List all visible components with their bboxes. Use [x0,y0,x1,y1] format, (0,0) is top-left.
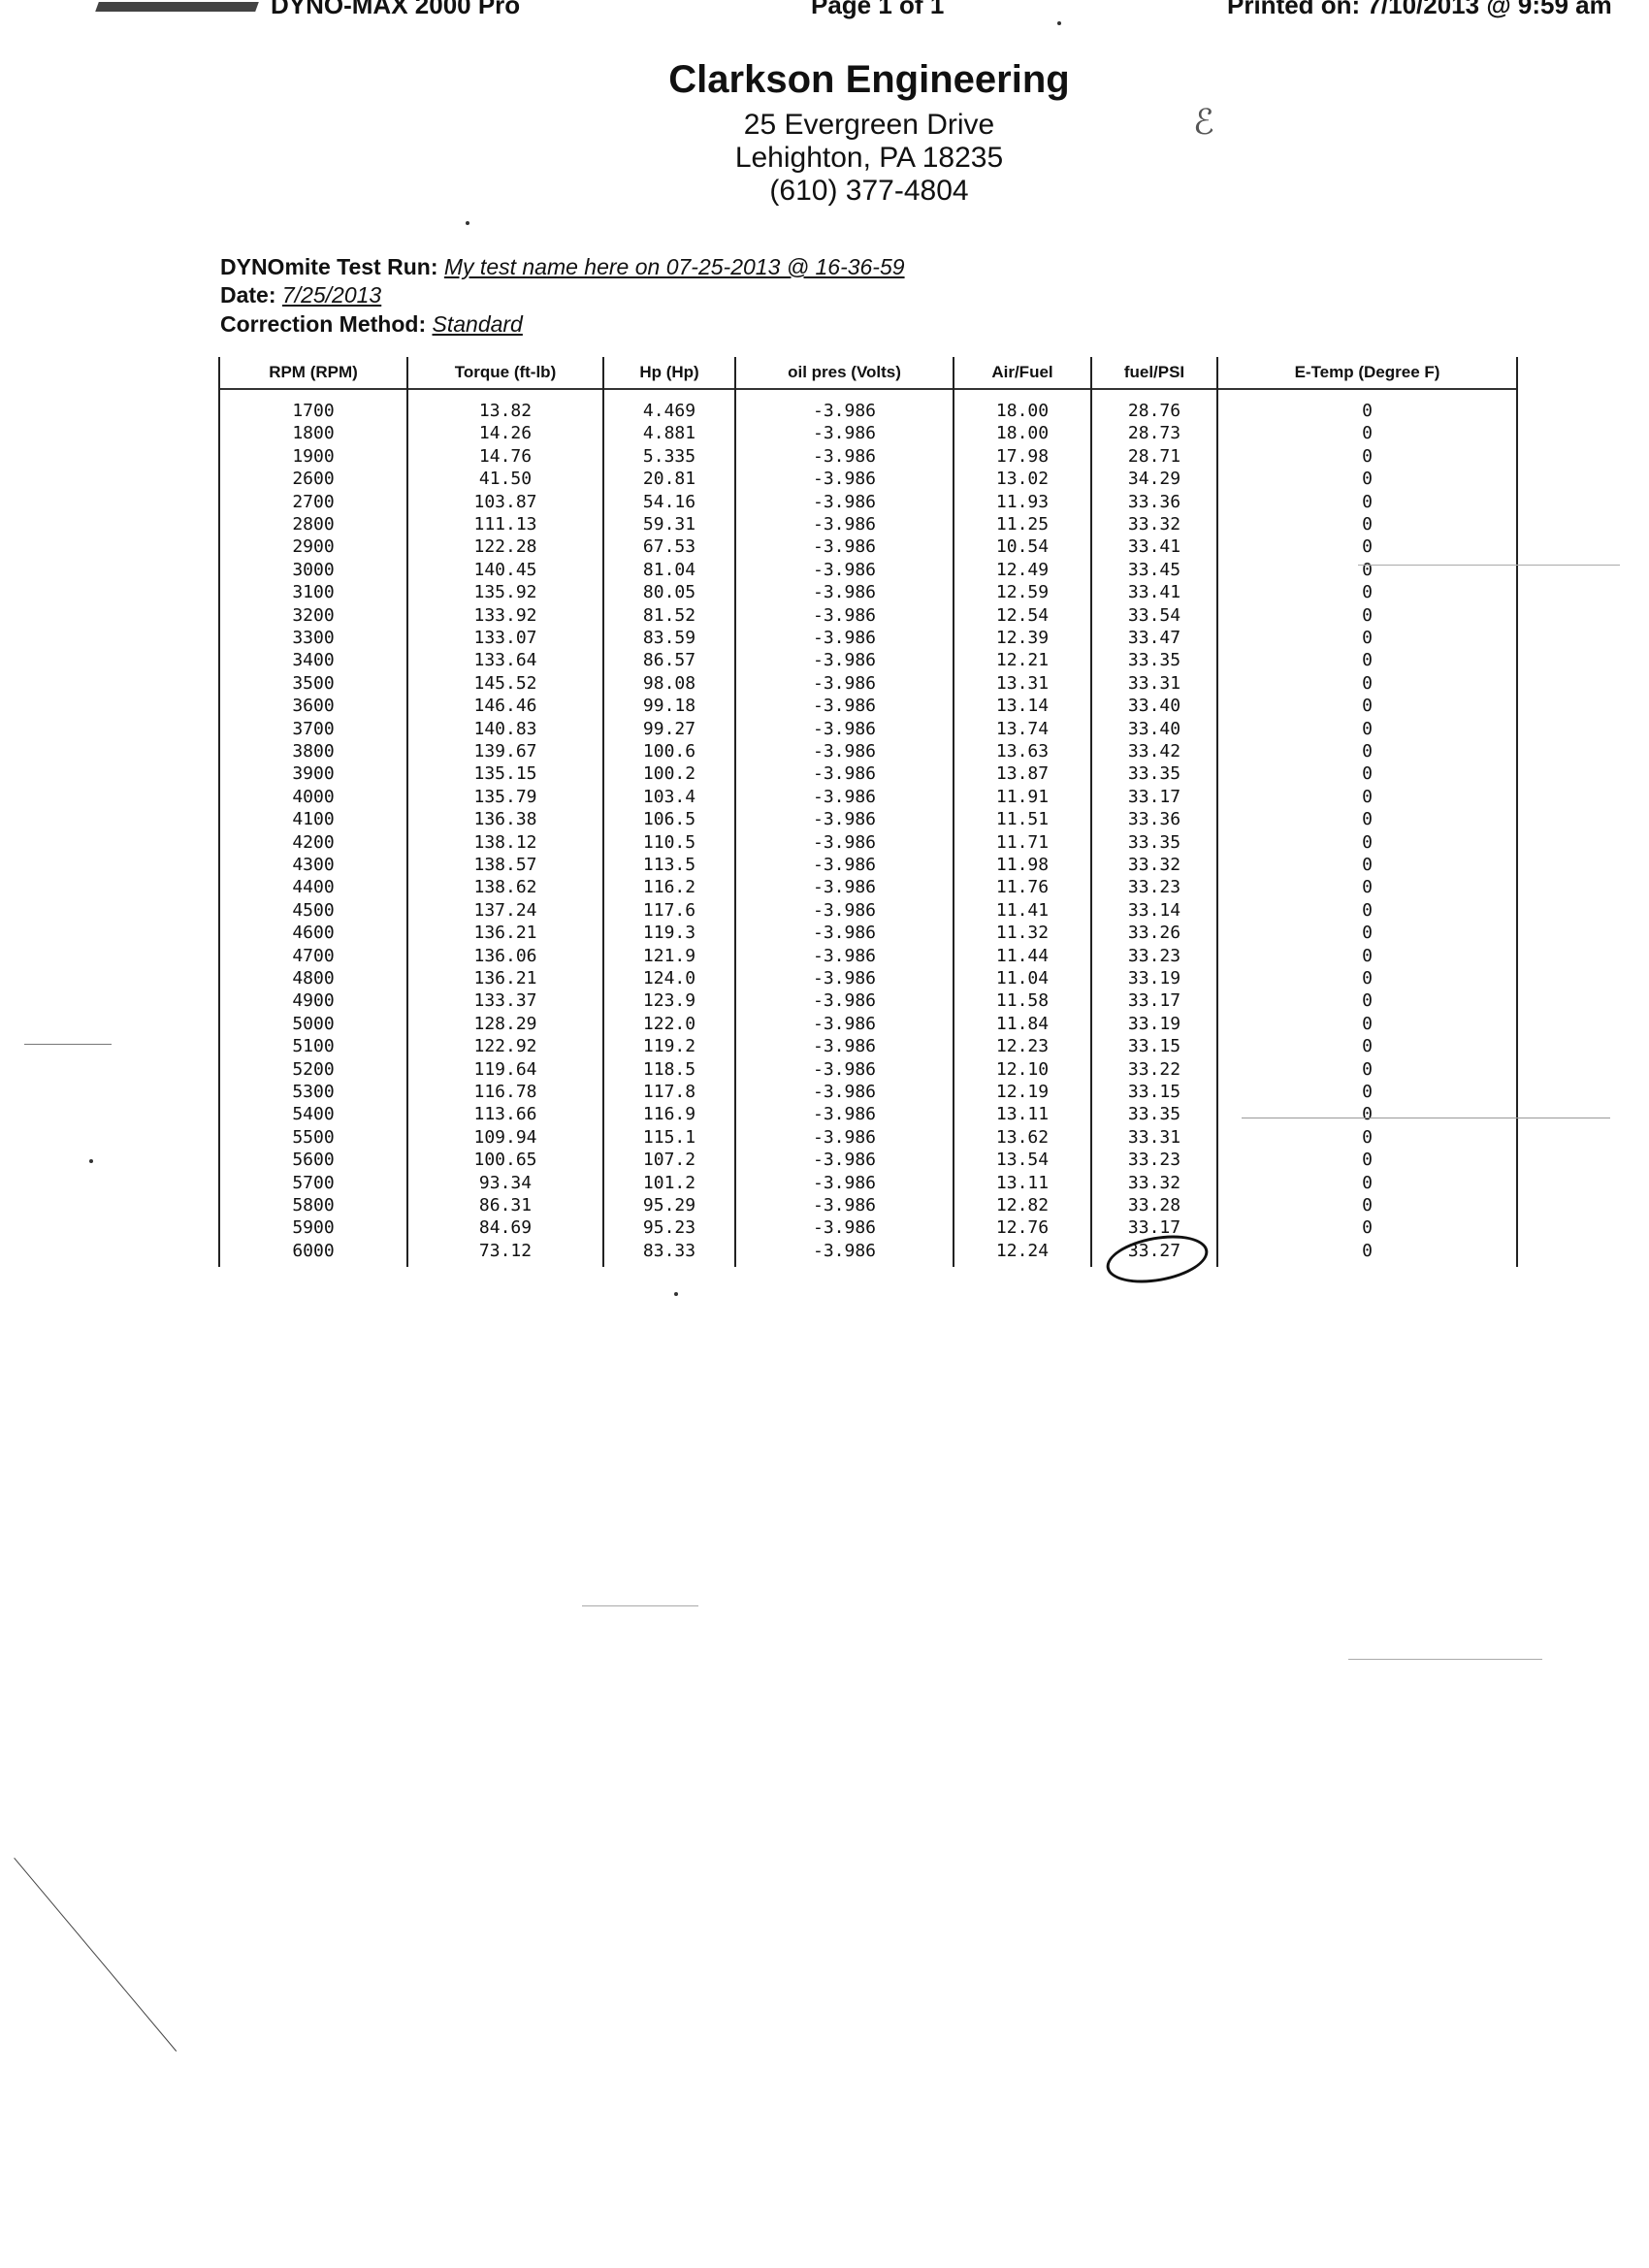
cell-oil-pres: -3.986 [735,1194,954,1216]
cell-oil-pres: -3.986 [735,1216,954,1239]
cell-fuel-psi: 33.40 [1091,695,1217,717]
cell-rpm: 6000 [219,1240,407,1262]
table-row: 4900133.37123.9-3.98611.5833.170 [219,989,1517,1012]
cell-oil-pres: -3.986 [735,762,954,785]
cell-e-temp: 0 [1217,786,1517,808]
cell-rpm: 5200 [219,1058,407,1081]
cell-hp: 123.9 [603,989,735,1012]
cell-oil-pres: -3.986 [735,922,954,944]
table-row: 190014.765.335-3.98617.9828.710 [219,445,1517,468]
cell-rpm: 5500 [219,1126,407,1149]
cell-rpm: 3700 [219,718,407,740]
cell-fuel-psi: 33.22 [1091,1058,1217,1081]
cell-e-temp: 0 [1217,627,1517,649]
cell-hp: 83.33 [603,1240,735,1262]
cell-rpm: 5300 [219,1081,407,1103]
cell-oil-pres: -3.986 [735,899,954,922]
cell-e-temp: 0 [1217,559,1517,581]
table-row: 5600100.65107.2-3.98613.5433.230 [219,1149,1517,1171]
cell-hp: 117.6 [603,899,735,922]
cell-air-fuel: 17.98 [954,445,1091,468]
cell-fuel-psi: 33.42 [1091,740,1217,762]
cell-air-fuel: 10.54 [954,535,1091,558]
cell-torque: 119.64 [407,1058,603,1081]
cell-rpm: 3000 [219,559,407,581]
table-row: 260041.5020.81-3.98613.0234.290 [219,468,1517,490]
cell-oil-pres: -3.986 [735,1035,954,1057]
cell-air-fuel: 12.10 [954,1058,1091,1081]
printed-date: Printed on: 7/10/2013 @ 9:59 am [1227,0,1612,20]
cell-hp: 54.16 [603,491,735,513]
cell-hp: 83.59 [603,627,735,649]
software-name: DYNO-MAX 2000 Pro [97,0,520,20]
cell-oil-pres: -3.986 [735,445,954,468]
test-run-value: My test name here on 07-25-2013 @ 16-36-… [444,254,905,279]
cell-torque: 133.92 [407,604,603,627]
cell-fuel-psi: 34.29 [1091,468,1217,490]
cell-e-temp: 0 [1217,899,1517,922]
cell-e-temp: 0 [1217,1194,1517,1216]
table-row: 3000140.4581.04-3.98612.4933.450 [219,559,1517,581]
table-row: 4100136.38106.5-3.98611.5133.360 [219,808,1517,830]
cell-oil-pres: -3.986 [735,1240,954,1262]
cell-e-temp: 0 [1217,672,1517,695]
cell-air-fuel: 11.51 [954,808,1091,830]
cell-air-fuel: 13.63 [954,740,1091,762]
cell-rpm: 4900 [219,989,407,1012]
date-label: Date: [220,282,276,308]
cell-fuel-psi: 33.19 [1091,967,1217,989]
cell-hp: 118.5 [603,1058,735,1081]
cell-hp: 81.52 [603,604,735,627]
cell-rpm: 1900 [219,445,407,468]
cell-fuel-psi: 33.36 [1091,808,1217,830]
table-row: 180014.264.881-3.98618.0028.730 [219,422,1517,444]
cell-air-fuel: 11.76 [954,876,1091,898]
cell-air-fuel: 12.24 [954,1240,1091,1262]
cell-torque: 84.69 [407,1216,603,1239]
cell-rpm: 5000 [219,1013,407,1035]
cell-air-fuel: 11.84 [954,1013,1091,1035]
cell-torque: 122.28 [407,535,603,558]
cell-rpm: 2700 [219,491,407,513]
cell-hp: 116.2 [603,876,735,898]
cell-hp: 86.57 [603,649,735,671]
print-header: DYNO-MAX 2000 Pro Page 1 of 1 Printed on… [0,0,1649,19]
scan-mark: ℰ [1193,102,1214,143]
cell-rpm: 1800 [219,422,407,444]
cell-fuel-psi: 33.35 [1091,649,1217,671]
cell-hp: 100.6 [603,740,735,762]
cell-rpm: 4500 [219,899,407,922]
cell-e-temp: 0 [1217,922,1517,944]
cell-torque: 14.26 [407,422,603,444]
cell-e-temp: 0 [1217,967,1517,989]
cell-rpm: 3100 [219,581,407,603]
cell-air-fuel: 13.74 [954,718,1091,740]
cell-rpm: 5800 [219,1194,407,1216]
cell-hp: 122.0 [603,1013,735,1035]
cell-rpm: 5600 [219,1149,407,1171]
cell-e-temp: 0 [1217,695,1517,717]
cell-torque: 138.57 [407,854,603,876]
cell-e-temp: 0 [1217,649,1517,671]
column-header-air-fuel: Air/Fuel [954,363,1091,382]
cell-fuel-psi: 33.31 [1091,672,1217,695]
cell-hp: 95.29 [603,1194,735,1216]
cell-torque: 100.65 [407,1149,603,1171]
cell-torque: 14.76 [407,445,603,468]
cell-hp: 119.2 [603,1035,735,1057]
table-row: 4500137.24117.6-3.98611.4133.140 [219,899,1517,922]
cell-torque: 136.21 [407,922,603,944]
cell-e-temp: 0 [1217,535,1517,558]
cell-torque: 128.29 [407,1013,603,1035]
table-row: 3100135.9280.05-3.98612.5933.410 [219,581,1517,603]
cell-oil-pres: -3.986 [735,604,954,627]
cell-hp: 5.335 [603,445,735,468]
column-header-hp: Hp (Hp) [603,363,735,382]
table-row: 3500145.5298.08-3.98613.3133.310 [219,672,1517,695]
cell-fuel-psi: 28.71 [1091,445,1217,468]
cell-torque: 138.12 [407,831,603,854]
cell-rpm: 4400 [219,876,407,898]
cell-rpm: 3400 [219,649,407,671]
cell-oil-pres: -3.986 [735,740,954,762]
date-line: Date: 7/25/2013 [220,282,381,308]
column-header-oil-pres: oil pres (Volts) [735,363,954,382]
cell-fuel-psi: 33.47 [1091,627,1217,649]
cell-air-fuel: 11.93 [954,491,1091,513]
cell-air-fuel: 18.00 [954,400,1091,422]
cell-torque: 138.62 [407,876,603,898]
table-row: 580086.3195.29-3.98612.8233.280 [219,1194,1517,1216]
company-address-line2: Lehighton, PA 18235 [0,142,1649,175]
cell-air-fuel: 11.41 [954,899,1091,922]
cell-torque: 93.34 [407,1172,603,1194]
cell-air-fuel: 13.02 [954,468,1091,490]
cell-air-fuel: 11.58 [954,989,1091,1012]
cell-e-temp: 0 [1217,876,1517,898]
cell-rpm: 4000 [219,786,407,808]
cell-hp: 116.9 [603,1103,735,1125]
column-header-fuel-psi: fuel/PSI [1091,363,1217,382]
cell-oil-pres: -3.986 [735,672,954,695]
cell-fuel-psi: 33.40 [1091,718,1217,740]
cell-air-fuel: 11.44 [954,945,1091,967]
cell-oil-pres: -3.986 [735,1058,954,1081]
cell-torque: 122.92 [407,1035,603,1057]
cell-oil-pres: -3.986 [735,786,954,808]
cell-oil-pres: -3.986 [735,513,954,535]
cell-oil-pres: -3.986 [735,491,954,513]
cell-torque: 136.38 [407,808,603,830]
scan-speck [1057,21,1061,25]
date-value: 7/25/2013 [282,282,381,308]
cell-hp: 103.4 [603,786,735,808]
table-row: 5400113.66116.9-3.98613.1133.350 [219,1103,1517,1125]
cell-rpm: 3900 [219,762,407,785]
cell-air-fuel: 13.31 [954,672,1091,695]
cell-hp: 80.05 [603,581,735,603]
cell-air-fuel: 11.25 [954,513,1091,535]
cell-hp: 121.9 [603,945,735,967]
cell-e-temp: 0 [1217,808,1517,830]
cell-oil-pres: -3.986 [735,1149,954,1171]
table-row: 590084.6995.23-3.98612.7633.170 [219,1216,1517,1239]
company-address-line1: 25 Evergreen Drive [0,109,1649,142]
table-row: 2700103.8754.16-3.98611.9333.360 [219,491,1517,513]
cell-e-temp: 0 [1217,1240,1517,1262]
column-divider [602,357,604,1267]
cell-torque: 133.07 [407,627,603,649]
cell-torque: 135.79 [407,786,603,808]
cell-air-fuel: 11.71 [954,831,1091,854]
scan-speck [674,1292,678,1296]
cell-air-fuel: 13.14 [954,695,1091,717]
test-run-label: DYNOmite Test Run: [220,254,437,279]
cell-air-fuel: 13.11 [954,1172,1091,1194]
cell-oil-pres: -3.986 [735,945,954,967]
scan-artifact-line [1348,1659,1542,1660]
cell-air-fuel: 12.49 [954,559,1091,581]
table-row: 3800139.67100.6-3.98613.6333.420 [219,740,1517,762]
cell-fuel-psi: 33.31 [1091,1126,1217,1149]
scan-artifact-line [1358,565,1620,566]
cell-fuel-psi: 33.41 [1091,535,1217,558]
cell-air-fuel: 13.62 [954,1126,1091,1149]
cell-air-fuel: 11.04 [954,967,1091,989]
cell-oil-pres: -3.986 [735,422,954,444]
cell-torque: 113.66 [407,1103,603,1125]
cell-fuel-psi: 28.76 [1091,400,1217,422]
cell-e-temp: 0 [1217,1081,1517,1103]
correction-value: Standard [433,311,523,337]
cell-oil-pres: -3.986 [735,1126,954,1149]
cell-oil-pres: -3.986 [735,1013,954,1035]
cell-hp: 106.5 [603,808,735,830]
test-run-line: DYNOmite Test Run: My test name here on … [220,254,905,280]
column-header-rpm: RPM (RPM) [219,363,407,382]
cell-fuel-psi: 33.26 [1091,922,1217,944]
cell-torque: 86.31 [407,1194,603,1216]
cell-torque: 109.94 [407,1126,603,1149]
column-divider [218,357,220,1267]
table-row: 170013.824.469-3.98618.0028.760 [219,400,1517,422]
cell-air-fuel: 12.23 [954,1035,1091,1057]
cell-rpm: 5100 [219,1035,407,1057]
table-row: 5200119.64118.5-3.98612.1033.220 [219,1058,1517,1081]
cell-e-temp: 0 [1217,491,1517,513]
cell-rpm: 4600 [219,922,407,944]
table-row: 4600136.21119.3-3.98611.3233.260 [219,922,1517,944]
cell-fuel-psi: 33.15 [1091,1035,1217,1057]
cell-rpm: 4100 [219,808,407,830]
cell-fuel-psi: 33.14 [1091,899,1217,922]
cell-air-fuel: 13.87 [954,762,1091,785]
cell-hp: 124.0 [603,967,735,989]
cell-oil-pres: -3.986 [735,400,954,422]
cell-air-fuel: 13.54 [954,1149,1091,1171]
cell-e-temp: 0 [1217,1149,1517,1171]
scan-speck [466,221,469,225]
company-name: Clarkson Engineering [0,58,1649,102]
cell-rpm: 2800 [219,513,407,535]
cell-fuel-psi: 33.17 [1091,989,1217,1012]
cell-rpm: 2600 [219,468,407,490]
cell-fuel-psi: 33.41 [1091,581,1217,603]
logo-smear [95,2,259,12]
cell-fuel-psi: 33.28 [1091,1194,1217,1216]
cell-oil-pres: -3.986 [735,876,954,898]
cell-torque: 140.45 [407,559,603,581]
cell-fuel-psi: 33.23 [1091,876,1217,898]
table-row: 4300138.57113.5-3.98611.9833.320 [219,854,1517,876]
cell-hp: 113.5 [603,854,735,876]
company-phone: (610) 377-4804 [0,175,1649,208]
column-divider [406,357,408,1267]
cell-fuel-psi: 33.23 [1091,945,1217,967]
cell-air-fuel: 12.59 [954,581,1091,603]
cell-hp: 4.881 [603,422,735,444]
cell-hp: 4.469 [603,400,735,422]
cell-oil-pres: -3.986 [735,535,954,558]
column-header-e-temp: E-Temp (Degree F) [1217,363,1517,382]
cell-hp: 115.1 [603,1126,735,1149]
table-row: 4200138.12110.5-3.98611.7133.350 [219,831,1517,854]
table-row: 3200133.9281.52-3.98612.5433.540 [219,604,1517,627]
cell-fuel-psi: 33.15 [1091,1081,1217,1103]
cell-air-fuel: 12.19 [954,1081,1091,1103]
cell-torque: 136.21 [407,967,603,989]
cell-fuel-psi: 33.17 [1091,786,1217,808]
cell-air-fuel: 12.82 [954,1194,1091,1216]
cell-oil-pres: -3.986 [735,808,954,830]
cell-e-temp: 0 [1217,1103,1517,1125]
cell-rpm: 5900 [219,1216,407,1239]
cell-torque: 139.67 [407,740,603,762]
cell-hp: 100.2 [603,762,735,785]
cell-rpm: 3300 [219,627,407,649]
cell-fuel-psi: 28.73 [1091,422,1217,444]
column-divider [953,357,954,1267]
cell-hp: 67.53 [603,535,735,558]
cell-air-fuel: 12.54 [954,604,1091,627]
cell-e-temp: 0 [1217,740,1517,762]
cell-rpm: 4300 [219,854,407,876]
cell-rpm: 4200 [219,831,407,854]
cell-air-fuel: 12.76 [954,1216,1091,1239]
cell-hp: 117.8 [603,1081,735,1103]
cell-torque: 136.06 [407,945,603,967]
column-divider [1516,357,1518,1267]
cell-oil-pres: -3.986 [735,831,954,854]
cell-fuel-psi: 33.32 [1091,513,1217,535]
correction-label: Correction Method: [220,311,426,337]
cell-torque: 140.83 [407,718,603,740]
cell-torque: 116.78 [407,1081,603,1103]
cell-e-temp: 0 [1217,945,1517,967]
table-row: 2900122.2867.53-3.98610.5433.410 [219,535,1517,558]
table-row: 5500109.94115.1-3.98613.6233.310 [219,1126,1517,1149]
column-divider [734,357,736,1267]
cell-oil-pres: -3.986 [735,1081,954,1103]
cell-e-temp: 0 [1217,718,1517,740]
cell-e-temp: 0 [1217,1058,1517,1081]
table-row: 4400138.62116.2-3.98611.7633.230 [219,876,1517,898]
cell-e-temp: 0 [1217,1172,1517,1194]
cell-e-temp: 0 [1217,854,1517,876]
cell-hp: 99.27 [603,718,735,740]
cell-e-temp: 0 [1217,422,1517,444]
cell-e-temp: 0 [1217,1035,1517,1057]
cell-e-temp: 0 [1217,1216,1517,1239]
scan-artifact-diagonal [14,1858,177,2052]
table-row: 4700136.06121.9-3.98611.4433.230 [219,945,1517,967]
cell-air-fuel: 12.21 [954,649,1091,671]
cell-rpm: 4700 [219,945,407,967]
cell-fuel-psi: 33.54 [1091,604,1217,627]
cell-e-temp: 0 [1217,445,1517,468]
cell-rpm: 2900 [219,535,407,558]
cell-oil-pres: -3.986 [735,627,954,649]
cell-hp: 20.81 [603,468,735,490]
cell-fuel-psi: 33.36 [1091,491,1217,513]
cell-rpm: 4800 [219,967,407,989]
column-divider [1216,357,1218,1267]
cell-rpm: 3600 [219,695,407,717]
cell-torque: 137.24 [407,899,603,922]
cell-fuel-psi: 33.19 [1091,1013,1217,1035]
column-divider [1090,357,1092,1267]
scan-artifact-line [24,1044,112,1045]
scan-speck [89,1159,93,1163]
cell-oil-pres: -3.986 [735,1172,954,1194]
cell-air-fuel: 13.11 [954,1103,1091,1125]
cell-oil-pres: -3.986 [735,649,954,671]
table-header: RPM (RPM)Torque (ft-lb)Hp (Hp)oil pres (… [219,357,1517,390]
cell-fuel-psi: 33.35 [1091,1103,1217,1125]
cell-torque: 13.82 [407,400,603,422]
cell-torque: 103.87 [407,491,603,513]
cell-oil-pres: -3.986 [735,468,954,490]
table-row: 5100122.92119.2-3.98612.2333.150 [219,1035,1517,1057]
cell-fuel-psi: 33.35 [1091,762,1217,785]
scan-artifact-line [582,1605,698,1606]
table-row: 3400133.6486.57-3.98612.2133.350 [219,649,1517,671]
cell-e-temp: 0 [1217,468,1517,490]
cell-hp: 119.3 [603,922,735,944]
cell-oil-pres: -3.986 [735,695,954,717]
cell-hp: 107.2 [603,1149,735,1171]
cell-e-temp: 0 [1217,604,1517,627]
cell-oil-pres: -3.986 [735,718,954,740]
cell-fuel-psi: 33.35 [1091,831,1217,854]
cell-air-fuel: 11.32 [954,922,1091,944]
table-row: 3700140.8399.27-3.98613.7433.400 [219,718,1517,740]
cell-air-fuel: 11.91 [954,786,1091,808]
cell-oil-pres: -3.986 [735,581,954,603]
cell-torque: 146.46 [407,695,603,717]
cell-torque: 73.12 [407,1240,603,1262]
cell-hp: 110.5 [603,831,735,854]
table-row: 5300116.78117.8-3.98612.1933.150 [219,1081,1517,1103]
cell-rpm: 1700 [219,400,407,422]
cell-torque: 41.50 [407,468,603,490]
cell-fuel-psi: 33.45 [1091,559,1217,581]
cell-rpm: 5400 [219,1103,407,1125]
cell-oil-pres: -3.986 [735,1103,954,1125]
